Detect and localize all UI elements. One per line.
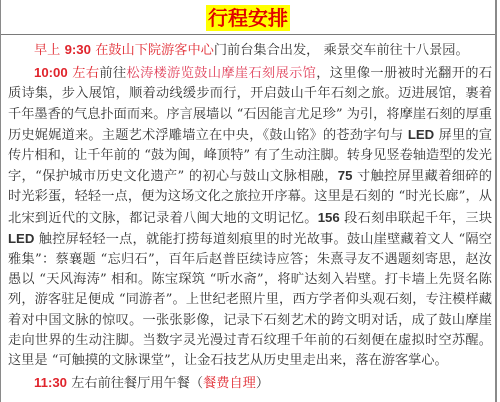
screen-size-number: 75 [338,168,353,183]
schedule-content: 早上 9:30 在鼓山下院游客中心门前台集合出发， 乘景交车前往十八景园。 10… [8,40,492,396]
schedule-text: ） [256,376,269,391]
schedule-item-0930: 早上 9:30 在鼓山下院游客中心门前台集合出发， 乘景交车前往十八景园。 [8,40,492,61]
schedule-item-1130: 11:30 左右前往餐厅用午餐（餐费自理） [8,373,492,394]
time-label: 9:30 [65,42,91,57]
title-divider [1,34,495,35]
schedule-text: 门前台集合出发， 乘景交车前往十八景园。 [214,43,469,58]
led-label: LED [8,231,34,246]
venue-link[interactable]: 松涛楼游览鼓山摩崖石刻展示馆 [127,66,317,81]
led-label: LED [408,127,434,142]
document-frame: 行程安排 早上 9:30 在鼓山下院游客中心门前台集合出发， 乘景交车前往十八景… [0,0,497,402]
schedule-text: 前往 [99,66,126,81]
meeting-location: 在鼓山下院游客中心 [95,43,214,58]
inscription-count: 156 [318,210,340,225]
schedule-text: 触控屏轻轻一点，就能打捞每道刻痕里的时光故事。鼓山崖壁藏着文人 “隔空雅集”：蔡… [8,232,492,368]
schedule-item-1000: 10:00 左右前往松涛楼游览鼓山摩崖石刻展示馆，这里像一册被时光翻开的石质诗集… [8,63,492,371]
approx-label: 左右 [72,66,99,81]
schedule-text: 段石刻串联起千年，三块 [340,211,492,226]
time-label: 10:00 [34,65,68,80]
title-bar: 行程安排 [1,0,495,34]
schedule-text: 左右前往餐厅用午餐（ [67,376,203,391]
time-label: 11:30 [34,375,67,390]
meal-note: 餐费自理 [203,376,256,391]
time-prefix: 早上 [34,43,60,58]
page-title: 行程安排 [206,5,290,31]
